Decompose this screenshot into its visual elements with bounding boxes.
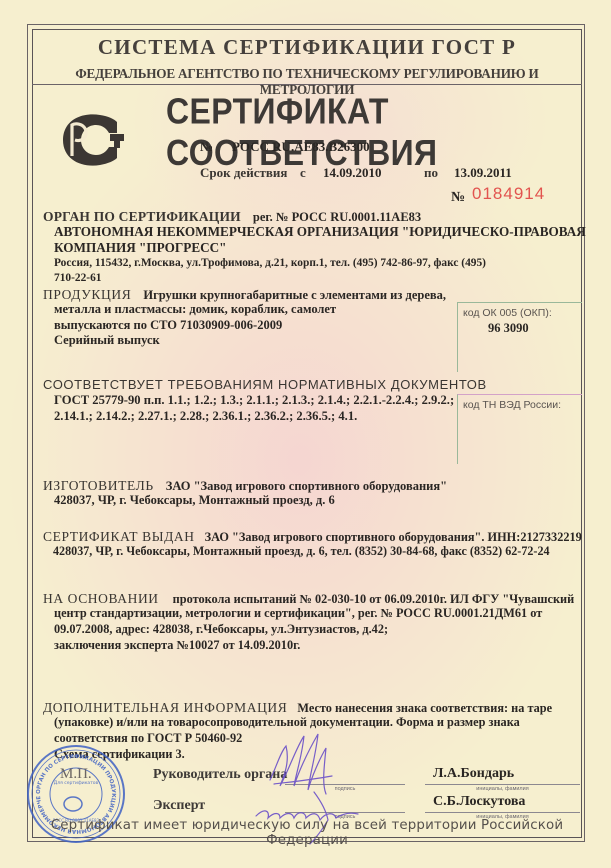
- seal-placeholder: М.П.: [60, 766, 92, 783]
- tnved-code-box: код ТН ВЭД России:: [457, 394, 582, 464]
- registration-number: РОСС RU.АЕ83.В26300: [232, 139, 370, 155]
- legal-validity-note: Сертификат имеет юридическую силу на все…: [32, 818, 582, 848]
- certification-body-name-2: КОМПАНИЯ "ПРОГРЕСС": [54, 240, 226, 256]
- head-name-line: [425, 784, 580, 785]
- product-line-4: Серийный выпуск: [54, 333, 160, 348]
- manufacturer-label: ИЗГОТОВИТЕЛЬ: [43, 478, 154, 493]
- validity-from-label: с: [300, 165, 306, 181]
- product-line-2: металла и пластмассы: домик, кораблик, с…: [54, 302, 336, 317]
- head-of-body-name: Л.А.Бондарь: [433, 766, 514, 782]
- validity-from-date: 14.09.2010: [323, 165, 382, 181]
- additional-info-label: ДОПОЛНИТЕЛЬНАЯ ИНФОРМАЦИЯ: [43, 700, 287, 715]
- certification-body-address-1: Россия, 115432, г.Москва, ул.Трофимова, …: [54, 257, 486, 269]
- head-name-caption: инициалы, фамилия: [425, 786, 580, 792]
- validity-label: Срок действия: [200, 165, 287, 181]
- certification-body-reg: рег. № РОСС RU.0001.11АЕ83: [253, 210, 421, 224]
- additional-info-line-1: Место нанесения знака соответствия: на т…: [297, 701, 552, 715]
- validity-to-date: 13.09.2011: [454, 165, 512, 181]
- form-number-prefix: №: [451, 190, 465, 206]
- manufacturer-name: ЗАО "Завод игрового спортивного оборудов…: [166, 479, 447, 493]
- compliance-line-2: 2.14.1.; 2.14.2.; 2.27.1.; 2.28.; 2.36.1…: [54, 409, 357, 424]
- basis-line-2: центр стандартизации, метрологии и серти…: [54, 606, 542, 621]
- basis-line-3: 09.07.2008, адрес: 428038, г.Чебоксары, …: [54, 622, 388, 637]
- certification-body-name-1: АВТОНОМНАЯ НЕКОММЕРЧЕСКАЯ ОРГАНИЗАЦИЯ "Ю…: [54, 224, 586, 240]
- expert-name: С.Б.Лоскутова: [433, 794, 525, 810]
- okp-code-box: код ОК 005 (ОКП): 96 3090: [457, 302, 582, 372]
- certificate-title: СЕРТИФИКАТ СООТВЕТСТВИЯ: [166, 91, 611, 174]
- product-line-1: Игрушки крупногабаритные с элементами из…: [143, 288, 446, 302]
- compliance-label: СООТВЕТСТВУЕТ ТРЕБОВАНИЯМ НОРМАТИВНЫХ ДО…: [43, 377, 487, 392]
- expert-name-line: [425, 812, 580, 813]
- okp-code-value: 96 3090: [458, 321, 582, 336]
- form-serial-number: 0184914: [472, 184, 545, 204]
- issued-to-address: 428037, ЧР, г. Чебоксары, Монтажный прое…: [53, 544, 550, 559]
- certification-body-address-2: 710-22-61: [54, 272, 101, 284]
- validity-to-label: по: [424, 165, 438, 181]
- product-label: ПРОДУКЦИЯ: [43, 287, 131, 302]
- basis-line-4: заключения эксперта №10027 от 14.09.2010…: [54, 638, 300, 653]
- registration-number-prefix: №: [200, 139, 213, 155]
- issued-to-label: СЕРТИФИКАТ ВЫДАН: [43, 529, 195, 544]
- basis-line-1: протокола испытаний № 02-030-10 от 06.09…: [173, 592, 575, 606]
- product-line-3: выпускаются по СТО 71030909-006-2009: [54, 318, 282, 333]
- basis-label: НА ОСНОВАНИИ: [43, 591, 159, 606]
- issued-to-name: ЗАО "Завод игрового спортивного оборудов…: [205, 530, 582, 544]
- certification-body-label: ОРГАН ПО СЕРТИФИКАЦИИ: [43, 209, 241, 224]
- system-title: СИСТЕМА СЕРТИФИКАЦИИ ГОСТ Р: [32, 35, 582, 60]
- okp-code-label: код ОК 005 (ОКП):: [458, 303, 582, 319]
- compliance-line-1: ГОСТ 25779-90 п.п. 1.1.; 1.2.; 1.3.; 2.1…: [54, 393, 454, 408]
- tnved-code-label: код ТН ВЭД России:: [458, 395, 582, 411]
- expert-role: Эксперт: [153, 798, 205, 814]
- manufacturer-address: 428037, ЧР, г. Чебоксары, Монтажный прое…: [54, 493, 335, 508]
- rst-mark-icon: [60, 111, 126, 169]
